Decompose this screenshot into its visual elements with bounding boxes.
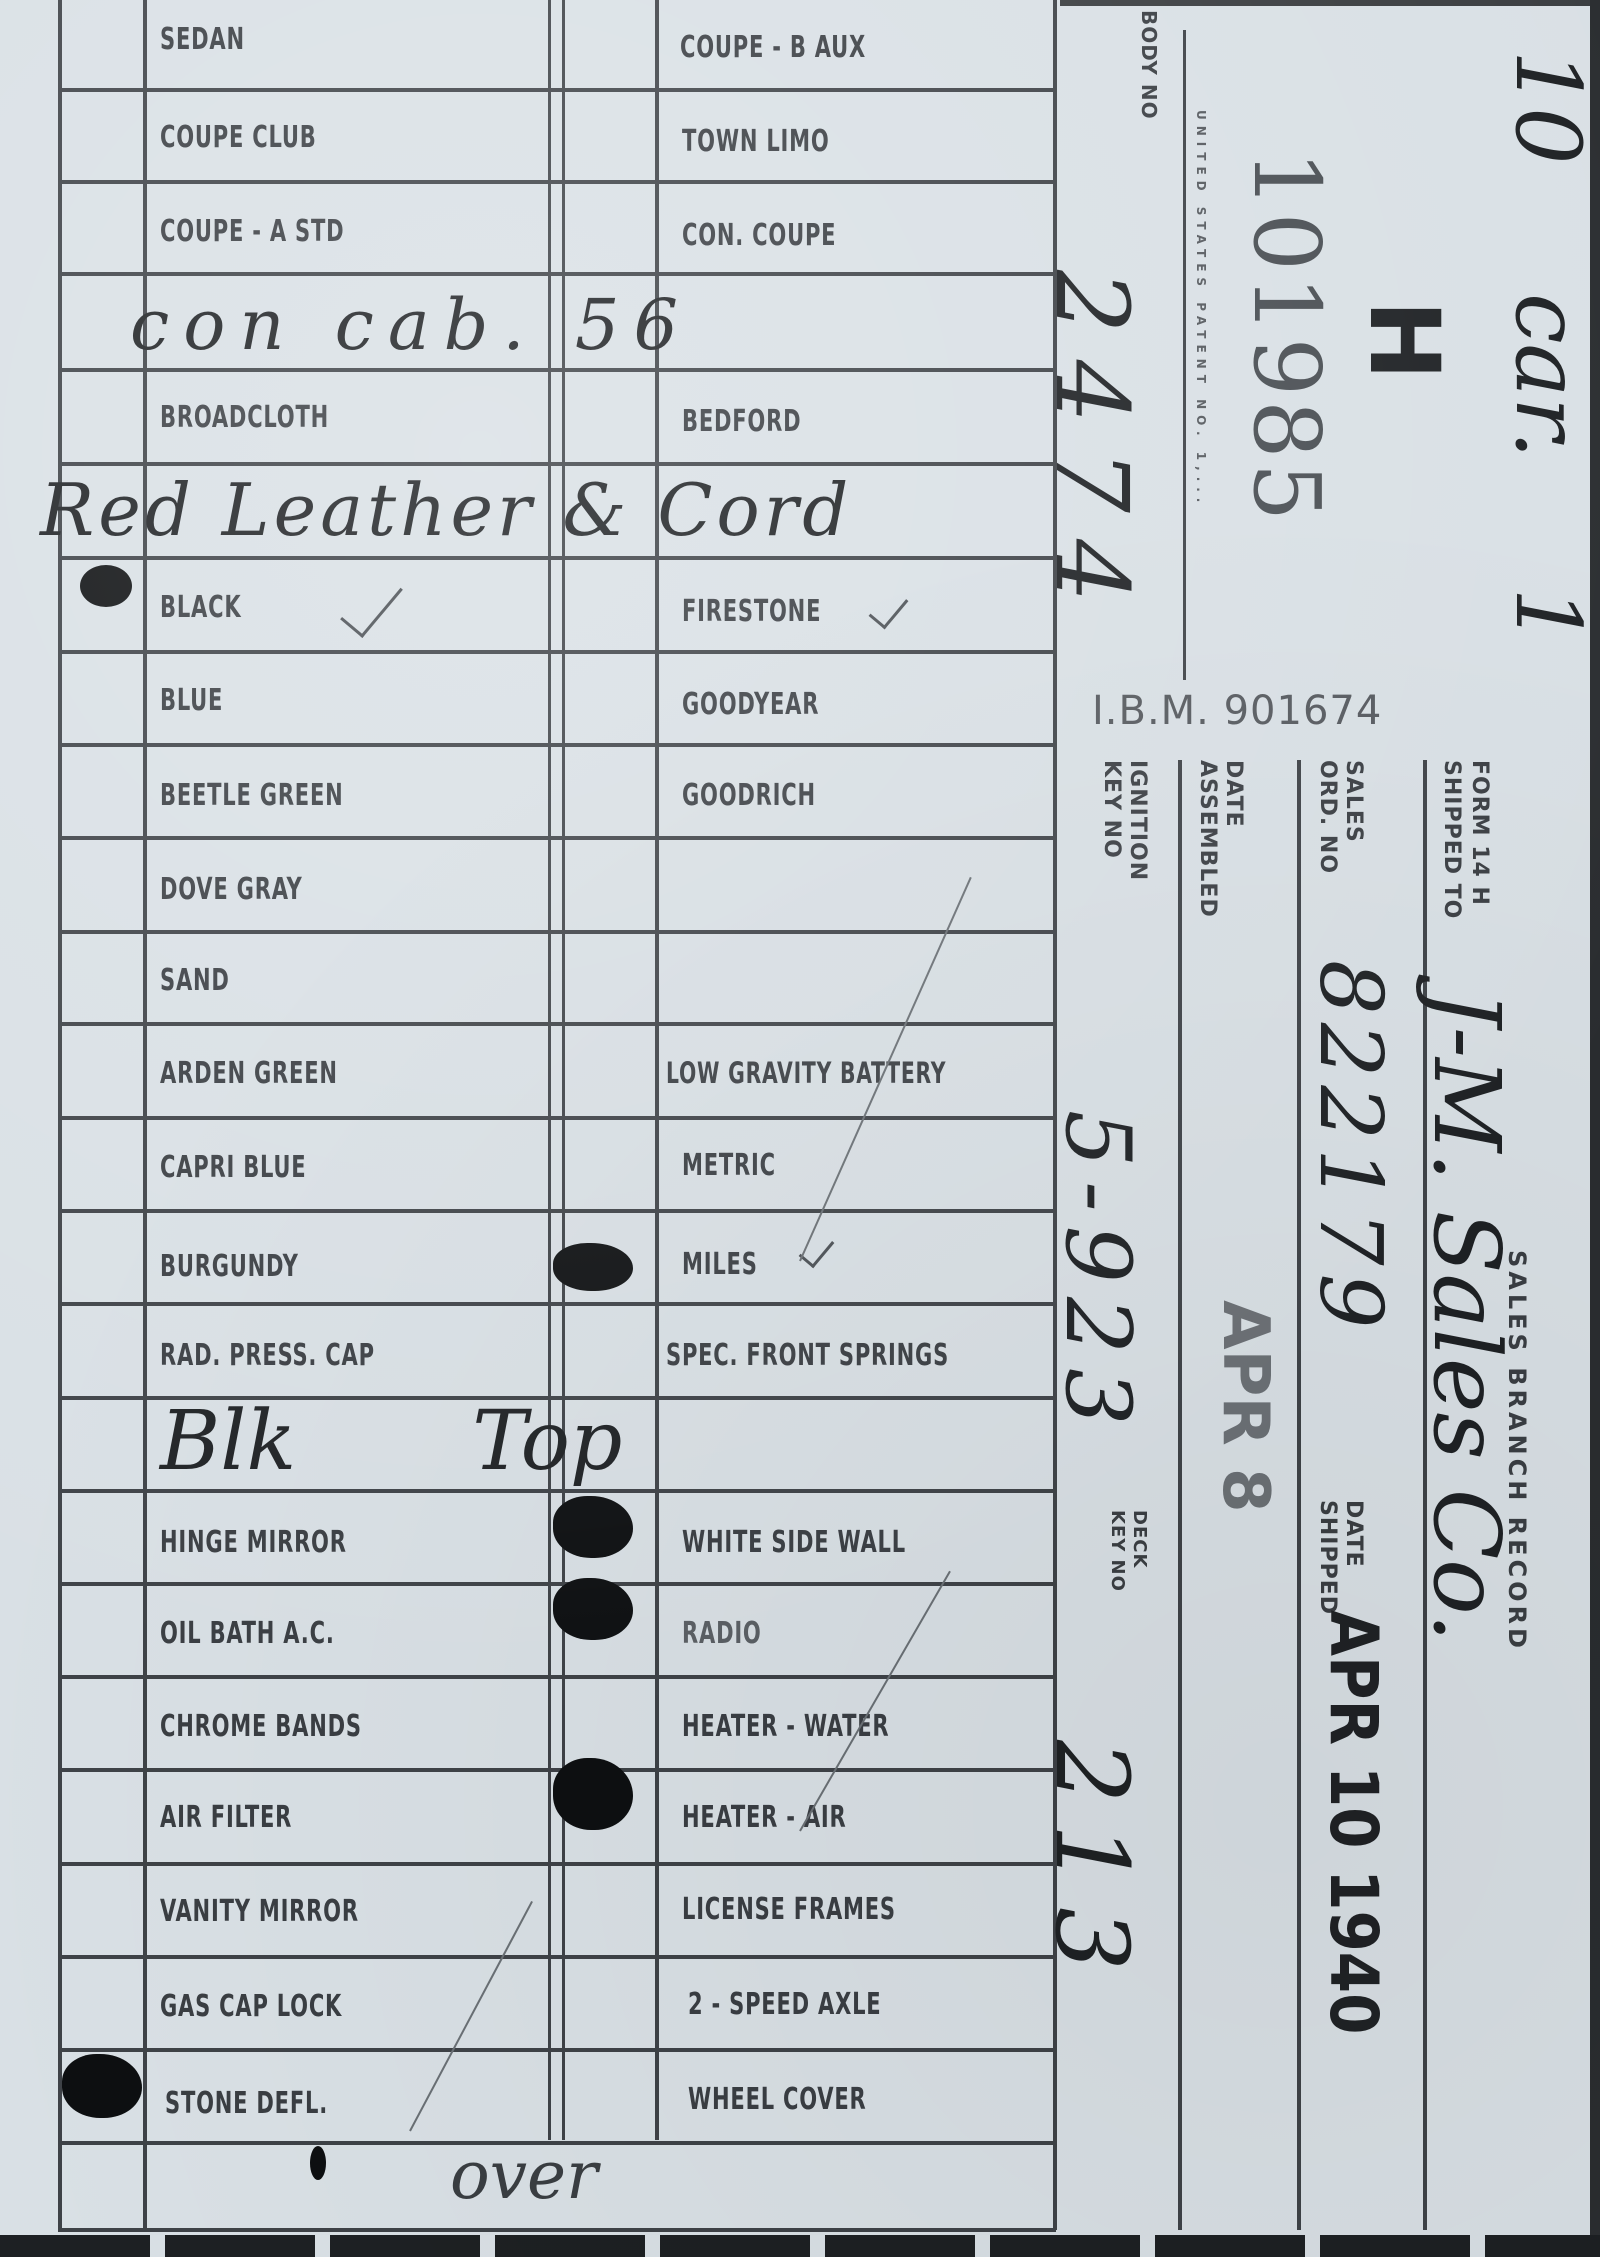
patent-divider-line <box>1183 30 1186 680</box>
form-number: FORM 14 H <box>1466 760 1492 906</box>
option-oil-bath-ac: OIL BATH A.C. <box>160 1616 335 1651</box>
table-row: GAS CAP LOCK 2 - SPEED AXLE <box>60 1959 1055 2051</box>
punch-hole-stone-defl <box>62 2054 142 2118</box>
table-row: COUPE CLUB TOWN LIMO <box>60 92 1055 180</box>
option-miles: MILES <box>682 1247 758 1282</box>
sales-ord-value: 822179 <box>1300 960 1400 1336</box>
handwritten-over-note: over <box>450 2137 598 2214</box>
punch-hole-air-filter <box>553 1758 633 1830</box>
table-row: SAND <box>60 933 1055 1025</box>
ignition-key-label: IGNITION KEY NO <box>1098 760 1150 900</box>
option-burgundy: BURGUNDY <box>160 1249 299 1284</box>
ink-spot-black-row <box>80 565 132 607</box>
option-metric: METRIC <box>682 1148 776 1183</box>
table-row: BROADCLOTH BEDFORD <box>60 372 1055 464</box>
option-capri-blue: CAPRI BLUE <box>160 1150 306 1185</box>
date-assembled-value: APR 8 <box>1208 1300 1282 1513</box>
card-bottom-edge <box>0 2235 1600 2257</box>
card-top-edge <box>1060 0 1600 6</box>
corner-note: 10 car. 1 <box>1495 50 1600 645</box>
handwritten-top-color: Blk Top <box>160 1394 622 1489</box>
assembled-column-line <box>1178 760 1182 2230</box>
option-beetle-green: BEETLE GREEN <box>160 778 344 813</box>
deck-key-value: 213 <box>1033 1740 1150 1991</box>
option-town-limo: TOWN LIMO <box>682 124 830 159</box>
shipped-to-value: J-M. Sales Co. <box>1413 990 1520 1642</box>
option-bedford: BEDFORD <box>682 404 801 439</box>
table-row: BEETLE GREEN GOODRICH <box>60 746 1055 838</box>
ibm-number: I.B.M. 901674 <box>1092 688 1382 734</box>
ignition-key-value: 5-923 <box>1045 1110 1150 1439</box>
table-row: RAD. PRESS. CAP SPEC. FRONT SPRINGS <box>60 1306 1055 1398</box>
option-broadcloth: BROADCLOTH <box>160 400 329 435</box>
option-coupe-b-aux: COUPE - B AUX <box>680 30 866 65</box>
series-letter: H <box>1348 300 1460 380</box>
option-con-coupe: CON. COUPE <box>682 218 836 253</box>
option-radio: RADIO <box>682 1616 762 1651</box>
date-assembled-label: DATE ASSEMBLED <box>1194 760 1246 940</box>
deck-key-label: DECK KEY NO <box>1106 1510 1150 1600</box>
option-arden-green: ARDEN GREEN <box>160 1056 338 1091</box>
table-row: DOVE GRAY <box>60 840 1055 932</box>
sales-ord-label: SALES ORD. NO <box>1314 760 1366 900</box>
punch-hole-oil-bath <box>553 1578 633 1640</box>
shipped-to-label: SHIPPED TO <box>1438 760 1464 919</box>
option-sand: SAND <box>160 963 230 998</box>
patent-text: UNITED STATES PATENT NO. 1,... <box>1194 110 1208 508</box>
option-chrome-bands: CHROME BANDS <box>160 1709 362 1744</box>
table-row: SEDAN COUPE - B AUX <box>60 0 1055 88</box>
table-row: CHROME BANDS HEATER - WATER <box>60 1679 1055 1771</box>
table-row: CAPRI BLUE METRIC <box>60 1120 1055 1212</box>
date-shipped-label: DATE SHIPPED <box>1314 1500 1366 1610</box>
handwritten-upholstery: Red Leather & Cord <box>40 468 852 552</box>
option-wheel-cover: WHEEL COVER <box>688 2082 867 2117</box>
option-gas-cap-lock: GAS CAP LOCK <box>160 1989 342 2024</box>
handwritten-body-type: con cab. 56 <box>130 284 692 366</box>
table-row: VANITY MIRROR LICENSE FRAMES <box>60 1866 1055 1958</box>
option-coupe-a-std: COUPE - A STD <box>160 214 344 249</box>
option-sedan: SEDAN <box>160 22 245 57</box>
date-shipped-value: APR 10 1940 <box>1315 1610 1392 2034</box>
table-row: ARDEN GREEN LOW GRAVITY BATTERY <box>60 1026 1055 1118</box>
option-coupe-club: COUPE CLUB <box>160 120 317 155</box>
option-stone-defl: STONE DEFL. <box>165 2086 328 2121</box>
table-row: COUPE - A STD CON. COUPE <box>60 184 1055 272</box>
body-no-label: BODY NO <box>1138 10 1160 120</box>
option-license-frames: LICENSE FRAMES <box>682 1892 896 1927</box>
table-row: BLUE GOODYEAR <box>60 653 1055 745</box>
option-spec-front-springs: SPEC. FRONT SPRINGS <box>666 1338 949 1373</box>
option-low-gravity-battery: LOW GRAVITY BATTERY <box>666 1056 946 1090</box>
ink-spot-bottom <box>310 2146 326 2180</box>
table-row-handwritten: Blk Top <box>60 1400 1055 1492</box>
option-air-filter: AIR FILTER <box>160 1800 292 1835</box>
table-row: STONE DEFL. WHEEL COVER <box>60 2052 1055 2144</box>
record-card: SEDAN COUPE - B AUX COUPE CLUB TOWN LIMO… <box>0 0 1600 2257</box>
option-vanity-mirror: VANITY MIRROR <box>160 1894 359 1929</box>
body-no-value: 2474 <box>1033 270 1150 629</box>
option-dove-gray: DOVE GRAY <box>160 872 303 907</box>
table-row: BLACK FIRESTONE <box>60 560 1055 652</box>
option-goodrich: GOODRICH <box>682 778 816 813</box>
option-firestone: FIRESTONE <box>682 594 821 629</box>
table-row-handwritten: Red Leather & Cord <box>60 466 1055 558</box>
option-black: BLACK <box>160 590 241 625</box>
table-row-handwritten: over <box>60 2145 1055 2230</box>
option-blue: BLUE <box>160 683 223 718</box>
punch-hole-burgundy <box>553 1243 633 1291</box>
option-white-side-wall: WHITE SIDE WALL <box>682 1525 906 1560</box>
option-2-speed-axle: 2 - SPEED AXLE <box>688 1987 881 2022</box>
serial-number: 101985 <box>1233 150 1340 525</box>
option-heater-air: HEATER - AIR <box>682 1800 847 1835</box>
option-goodyear: GOODYEAR <box>682 687 819 722</box>
table-row-handwritten: con cab. 56 <box>60 276 1055 368</box>
option-hinge-mirror: HINGE MIRROR <box>160 1525 347 1560</box>
punch-hole-hinge-mirror <box>553 1496 633 1558</box>
option-rad-press-cap: RAD. PRESS. CAP <box>160 1338 375 1373</box>
